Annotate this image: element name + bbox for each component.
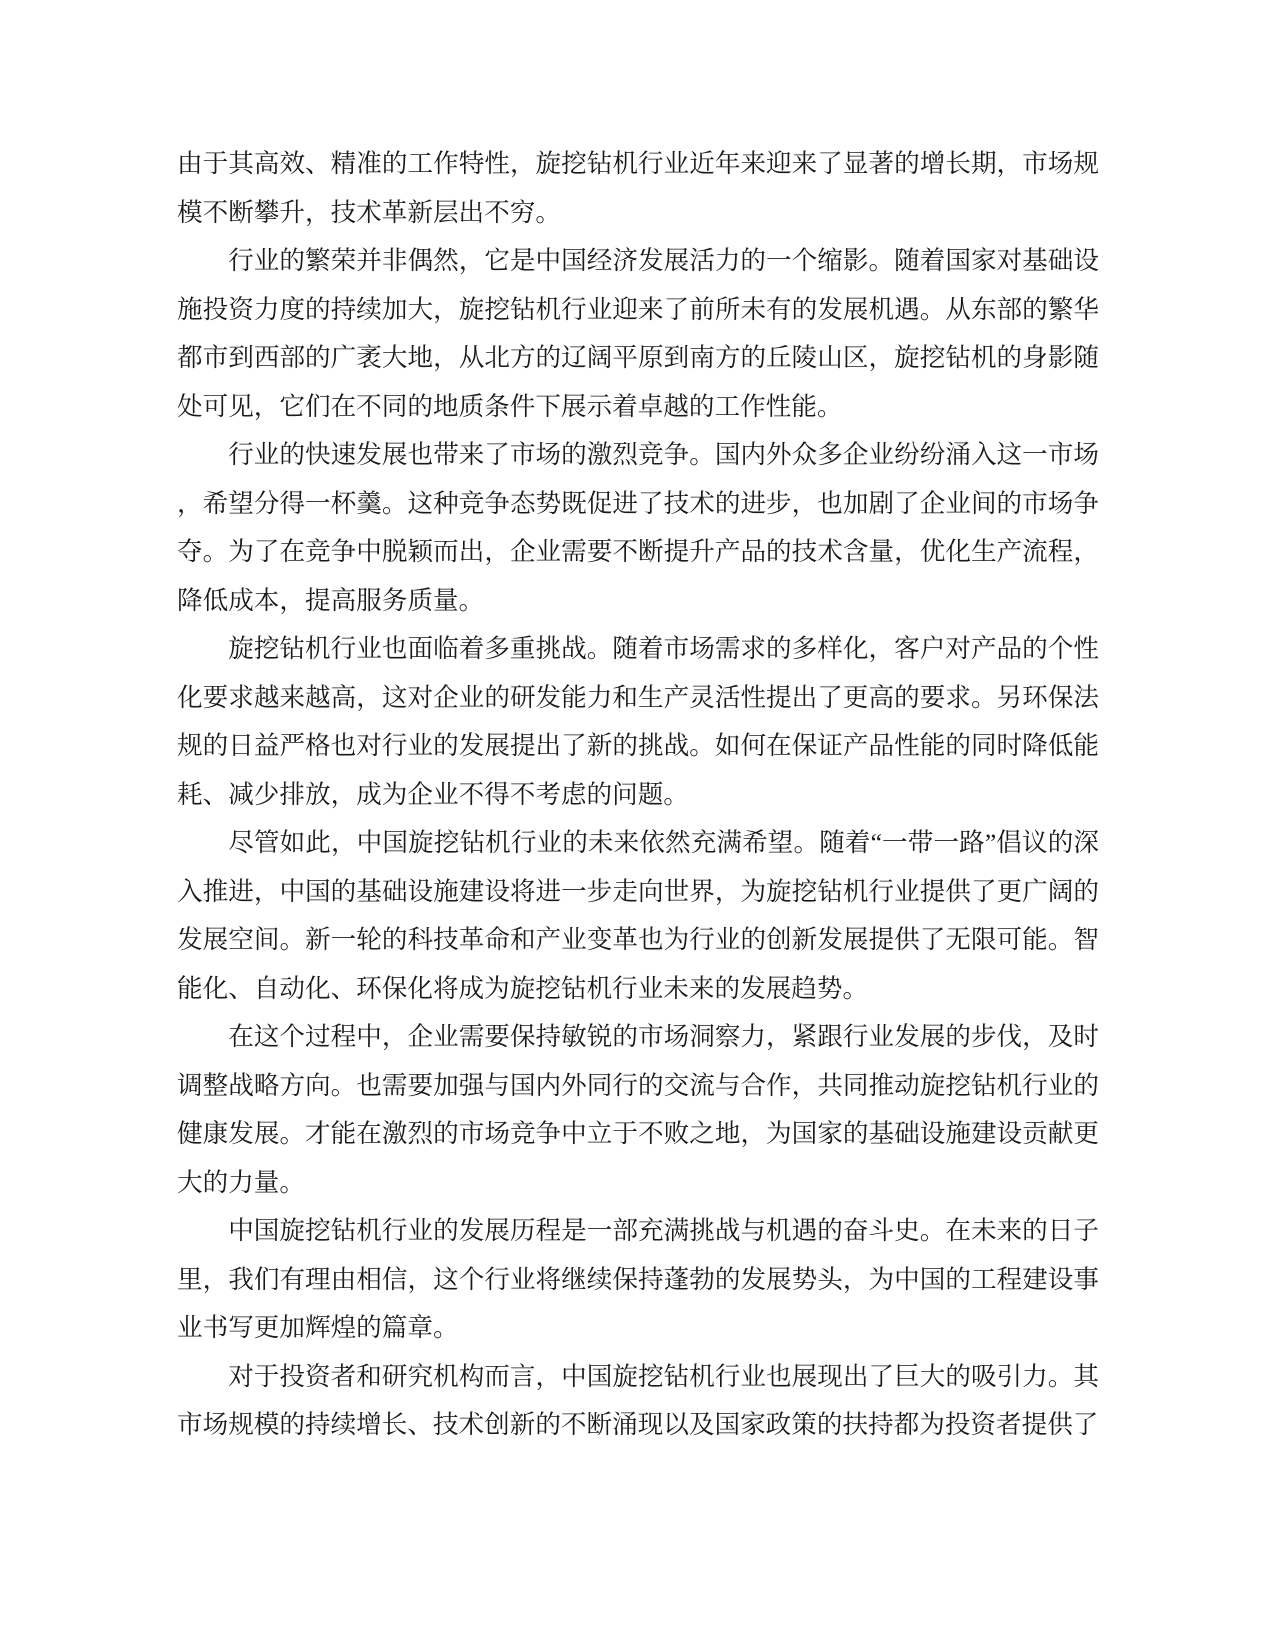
paragraph: 尽管如此，中国旋挖钻机行业的未来依然充满希望。随着“一带一路”倡议的深入推进，中… [177,819,1099,1013]
paragraph: 行业的快速发展也带来了市场的激烈竞争。国内外众多企业纷纷涌入这一市场，希望分得一… [177,431,1099,625]
paragraph: 旋挖钻机行业也面临着多重挑战。随着市场需求的多样化，客户对产品的个性化要求越来越… [177,625,1099,819]
paragraph: 在这个过程中，企业需要保持敏锐的市场洞察力，紧跟行业发展的步伐，及时调整战略方向… [177,1013,1099,1207]
paragraph: 中国旋挖钻机行业的发展历程是一部充满挑战与机遇的奋斗史。在未来的日子里，我们有理… [177,1207,1099,1353]
document-page-background: { "page": { "background_color": "#ffffff… [0,0,1275,1650]
document-page: 由于其高效、精准的工作特性，旋挖钻机行业近年来迎来了显著的增长期，市场规模不断攀… [0,0,1275,1650]
paragraph: 对于投资者和研究机构而言，中国旋挖钻机行业也展现出了巨大的吸引力。其市场规模的持… [177,1353,1099,1450]
paragraph: 由于其高效、精准的工作特性，旋挖钻机行业近年来迎来了显著的增长期，市场规模不断攀… [177,140,1099,237]
paragraph: 行业的繁荣并非偶然，它是中国经济发展活力的一个缩影。随着国家对基础设施投资力度的… [177,237,1099,431]
document-text-block: 由于其高效、精准的工作特性，旋挖钻机行业近年来迎来了显著的增长期，市场规模不断攀… [177,140,1099,1450]
